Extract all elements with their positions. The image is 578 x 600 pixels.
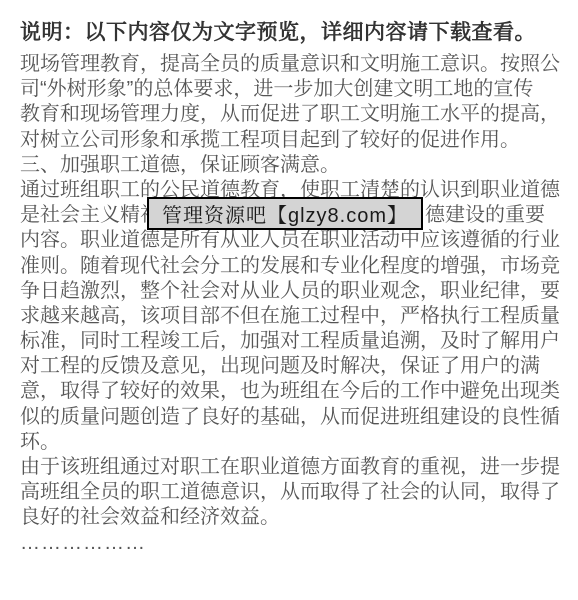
ellipsis-line: ……………… [20, 531, 565, 556]
text-line: 似的质量问题创造了良好的基础，从而促进班组建设的良性循 [20, 405, 565, 430]
text-line: 准则。随着现代社会分工的发展和专业化程度的增强，市场竞 [20, 254, 565, 279]
text-line: 求越来越高，该项目部不但在施工过程中，严格执行工程质量 [20, 304, 565, 329]
document-preview-page: 说明：以下内容仅为文字预览，详细内容请下载查看。 现场管理教育，提高全员的质量意… [0, 0, 578, 600]
watermark-badge: 管理资源吧【glzy8.com】 [147, 197, 423, 230]
text-line: 现场管理教育，提高全员的质量意识和文明施工意识。按照公 [20, 52, 565, 77]
text-line: 司“外树形象”的总体要求，进一步加大创建文明工地的宣传 [20, 77, 565, 102]
text-line: 对工程的反馈及意见，出现问题及时解决，保证了用户的满 [20, 354, 565, 379]
text-line: 争日趋激烈，整个社会对从业人员的职业观念，职业纪律，要 [20, 279, 565, 304]
text-line: 意，取得了较好的效果，也为班组在今后的工作中避免出现类 [20, 379, 565, 404]
text-line: 由于该班组通过对职工在职业道德方面教育的重视，进一步提 [20, 455, 565, 480]
text-line: 环。 [20, 430, 565, 455]
preview-notice: 说明：以下内容仅为文字预览，详细内容请下载查看。 [20, 16, 536, 46]
text-line: 对树立公司形象和承揽工程项目起到了较好的促进作用。 [20, 128, 565, 153]
obscured-line-prefix: 是社会主义精神 [20, 204, 160, 226]
obscured-line-suffix: 德建设的重要 [425, 204, 545, 226]
text-line: 教育和现场管理力度，从而促进了职工文明施工水平的提高， [20, 102, 565, 127]
document-body: 现场管理教育，提高全员的质量意识和文明施工意识。按照公 司“外树形象”的总体要求… [20, 52, 565, 556]
text-line: 内容。职业道德是所有从业人员在职业活动中应该遵循的行业 [20, 228, 565, 253]
section-heading-line: 三、加强职工道德，保证顾客满意。 [20, 153, 565, 178]
text-line: 良好的社会效益和经济效益。 [20, 505, 565, 530]
text-line: 高班组全员的职工道德意识，从而取得了社会的认同，取得了 [20, 480, 565, 505]
text-line: 标准，同时工程竣工后，加强对工程质量追溯，及时了解用户 [20, 329, 565, 354]
